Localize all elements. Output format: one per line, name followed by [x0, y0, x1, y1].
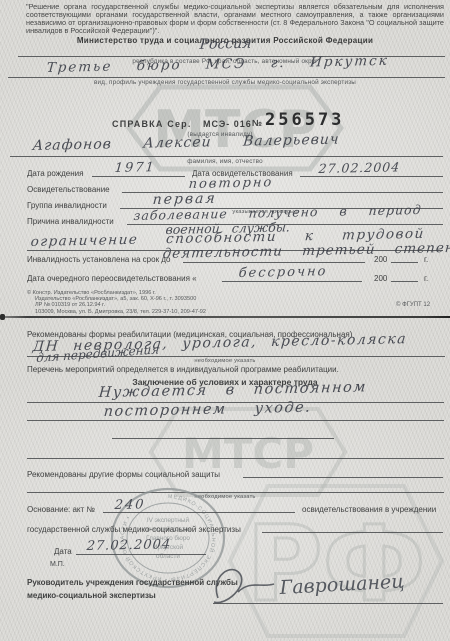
imprint-line-4: 103009, Москва, ул. Б. Дмитровка, 23/8, … [35, 309, 327, 315]
reexam-g: г. [424, 274, 428, 283]
exam-handwritten: 27.02.2004 [318, 159, 401, 176]
ruled-line-reexam [222, 281, 362, 282]
basis-suffix: освидетельствования в учреждении [302, 505, 436, 514]
certificate-label: СПРАВКА Сер. [112, 119, 192, 129]
certificate-scan: МТСР МТСР РФ "Решение органа государстве… [0, 0, 450, 641]
ruled-line-date [76, 554, 206, 555]
group-handwritten: первая [152, 191, 217, 208]
mtsp-letters-top: МТСР [153, 100, 317, 160]
law-excerpt: "Решение органа государственной службы м… [26, 3, 444, 35]
social-label: Рекомендованы другие формы социальной за… [27, 470, 220, 479]
imprint-right: © ФГУПТ 12 [396, 302, 430, 308]
imprint-block: © Констр. Издательство «Росбланкиздат», … [27, 290, 327, 315]
certificate-series: МСЭ- 016 [203, 119, 252, 129]
basis-handwritten: 240 [114, 497, 146, 513]
basis-label: Основание: акт № [27, 505, 95, 514]
date-label: Дата [54, 547, 72, 556]
ruled-line-work-3 [112, 438, 334, 439]
certificate-number: 256573 [265, 110, 344, 130]
head-label-2: медико-социальной экспертизы [27, 591, 156, 600]
ruled-line-social-1 [243, 477, 443, 478]
term-label: Инвалидность установлена на срок до [27, 255, 170, 264]
reexam-label: Дата очередного переосвидетельствования … [27, 274, 197, 283]
term-year: 200 [374, 255, 387, 264]
ruled-line-institution [8, 77, 445, 78]
rehab-note: Перечень мероприятий определяется в инди… [27, 365, 339, 374]
birth-label: Дата рождения [27, 169, 83, 178]
group-label: Группа инвалидности [27, 201, 107, 210]
signature: Гаврошанец [188, 558, 446, 610]
basis-line2: государственной службы медико-социальной… [27, 525, 241, 534]
ruled-line-birth [92, 176, 185, 177]
ruled-line-social-top [27, 458, 444, 459]
ruled-line-exam [300, 176, 443, 177]
reexam-year: 200 [374, 274, 387, 283]
scan-artifact-dot [0, 314, 5, 320]
survey-label: Освидетельствование [27, 185, 110, 194]
cause-label: Причина инвалидности [27, 217, 114, 226]
survey-handwritten: повторно [188, 175, 274, 192]
birth-handwritten: 1971 [114, 160, 156, 176]
ruled-line-term [183, 262, 365, 263]
ruled-line-term-year [391, 262, 418, 263]
rehab-caption: необходимое указать [150, 358, 300, 364]
institution-caption: вид, профиль учреждения государственной … [0, 79, 450, 86]
ruled-line-social-2 [27, 492, 444, 493]
stamp-line-1: IV экспертный [147, 516, 190, 524]
reexam-handwritten: бессрочно [238, 264, 328, 281]
term-g: г. [424, 255, 428, 264]
certificate-number-sign: № [252, 118, 262, 128]
ruled-line-work-2 [27, 420, 444, 421]
ruled-line-basis-2 [262, 532, 443, 533]
scan-seam-divider [0, 316, 450, 318]
ruled-line-name [10, 156, 443, 157]
mp-label: М.П. [50, 561, 65, 568]
ruled-line-reexam-year [391, 281, 418, 282]
signature-name: Гаврошанец [278, 570, 405, 599]
date-handwritten: 27.02.2004 [86, 537, 172, 554]
